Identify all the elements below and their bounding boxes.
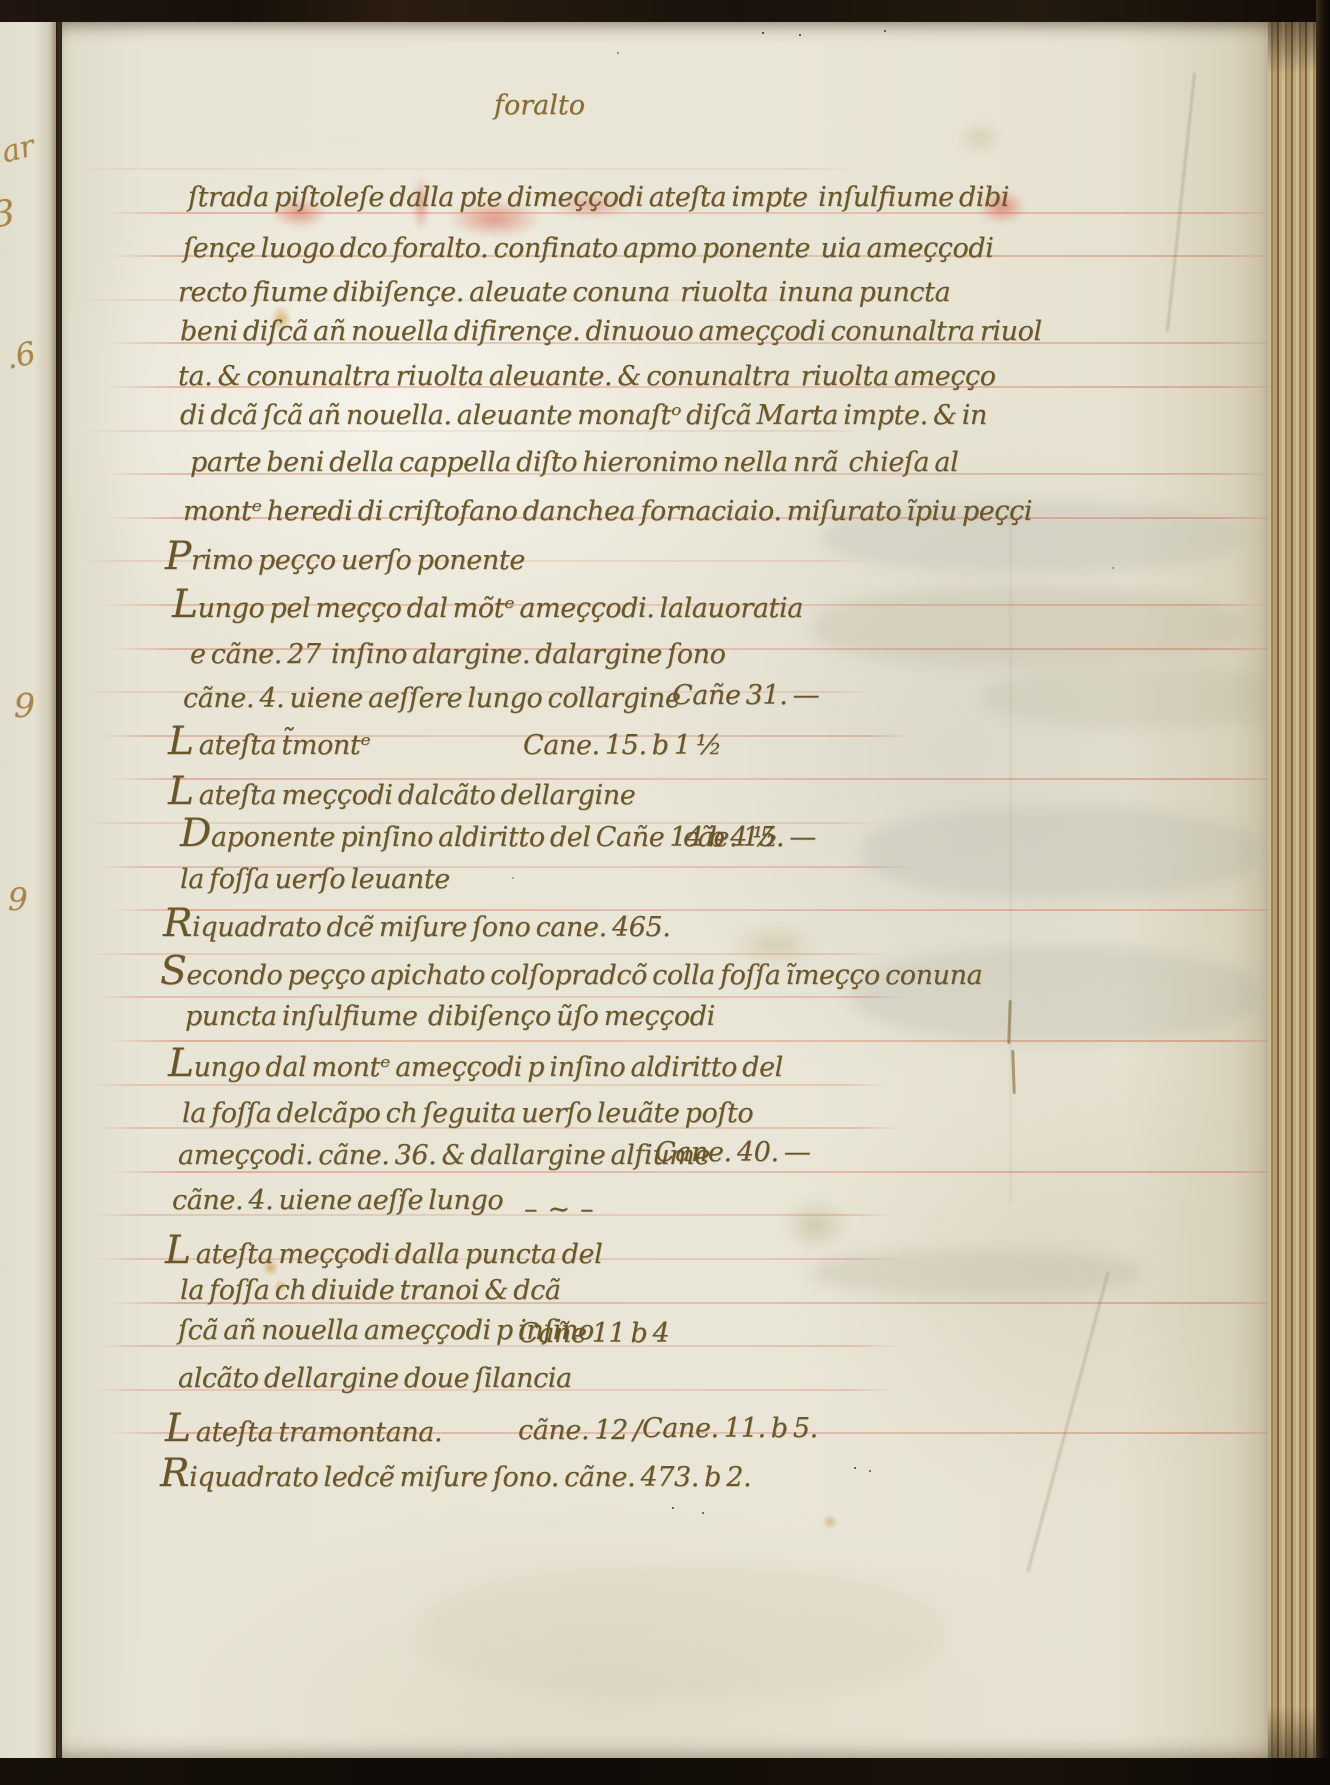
manuscript-line: ſençe luogo dco foralto. confinato apmo … (183, 233, 993, 264)
facing-page-sliver: ar3.699 (0, 22, 62, 1758)
initial-capital: R (160, 1451, 189, 1496)
margin-note: ar (0, 129, 38, 171)
margin-note: 9 (14, 686, 35, 725)
initial-capital: L (168, 769, 194, 814)
manuscript-line: cãne. 12 ∕ (518, 1415, 642, 1446)
initial-capital: S (160, 949, 186, 994)
book-binding-top-edge (0, 0, 1330, 22)
manuscript-line: ta. & conunaltra riuolta aleuante. & con… (178, 361, 996, 392)
manuscript-line: Lungo dal montᵉ ameççodi p inſino aldiri… (168, 1048, 783, 1083)
margin-note: 9 (8, 882, 28, 918)
manuscript-line: Secondo peçço apichato colſopradcõ colla… (160, 956, 982, 991)
manuscript-line: Cañe 11 b 4 (518, 1318, 669, 1349)
initial-capital: P (165, 534, 191, 579)
margin-note: 3 (0, 193, 17, 236)
manuscript-line: cãne. 4. uiene aeſſe lungo (172, 1185, 503, 1216)
manuscript-line: L ateſta t̃montᵉ (168, 726, 370, 761)
manuscript-line: Primo peçço uerſo ponente (165, 541, 525, 576)
initial-capital: D (180, 811, 211, 856)
initial-capital: L (165, 1228, 191, 1273)
initial-capital: R (163, 901, 192, 946)
manuscript-line: ſtrada piſtoleſe dalla pte dimeççodi ate… (188, 182, 1009, 213)
manuscript-line: L ateſta tramontana. (165, 1413, 442, 1448)
manuscript-line: puncta inſulfiume dibiſenço ũſo meççodi (185, 1001, 715, 1032)
manuscript-line: L ateſta meççodi dalcãto dellargine (168, 776, 635, 811)
manuscript-line: Cañe 31. — (672, 680, 819, 711)
initial-capital: L (168, 719, 194, 764)
manuscript-line: la foſſa uerſo leuante (180, 864, 450, 895)
manuscript-line: cãe. 15. — (683, 822, 816, 853)
manuscript-line: la foſſa ch diuide tranoi & dcã (180, 1275, 561, 1306)
book-bottom-edge (0, 1758, 1330, 1785)
manuscript-line: recto fiume dibiſençe. aleuate conuna ri… (178, 277, 950, 308)
manuscript-line: Cane. 40. — (655, 1137, 810, 1168)
initial-capital: L (172, 582, 198, 627)
manuscript-line: cãne. 4. uiene aeſſere lungo collargine (183, 683, 680, 714)
manuscript-line: – ~ – (524, 1194, 593, 1225)
fore-edge-page-stack (1268, 22, 1318, 1758)
fore-edge-shadow (1316, 0, 1330, 1785)
manuscript-line: Cane. 11. b 5. (642, 1413, 818, 1444)
manuscript-line: la foſſa delcãpo ch ſeguita uerſo leuãte… (182, 1098, 753, 1129)
manuscript-line: parte beni della cappella diſto hieronim… (190, 447, 958, 478)
manuscript-line: Cane. 15. b 1 ½ (523, 730, 722, 761)
margin-note: .6 (3, 335, 39, 376)
initial-capital: L (165, 1406, 191, 1451)
manuscript-line: ameççodi. cãne. 36. & dallargine alfiume (178, 1140, 710, 1171)
manuscript-page: foralto .4 8. ſtrada piſtoleſe dalla pte… (62, 22, 1268, 1758)
manuscript-line: Riquadrato ledcẽ miſure ſono. cãne. 473.… (160, 1458, 751, 1493)
manuscript-line: L ateſta meççodi dalla puncta del (165, 1235, 602, 1270)
manuscript-line: di dcã ſcã añ nouella. aleuante monaſtᵒ … (180, 400, 987, 431)
manuscript-line: Riquadrato dcẽ miſure ſono cane. 465. (163, 908, 670, 943)
manuscript-line: montᵉ heredi di criſtofano danchea forna… (183, 496, 1032, 527)
manuscript-scan: ar3.699 foralto .4 8. ſtrada piſ (0, 0, 1330, 1785)
initial-capital: L (168, 1041, 194, 1086)
manuscript-line: alcãto dellargine doue ſilancia (178, 1363, 572, 1394)
manuscript-line: Lungo pel meçço dal mõtᵉ ameççodi. lalau… (172, 589, 803, 624)
manuscript-line: beni diſcã añ nouella difirençe. dinuouo… (180, 316, 1042, 347)
manuscript-line: e cãne. 27 inſino alargine. dalargine ſo… (190, 639, 725, 670)
manuscript-text-layer: ſtrada piſtoleſe dalla pte dimeççodi ate… (62, 22, 1268, 1758)
